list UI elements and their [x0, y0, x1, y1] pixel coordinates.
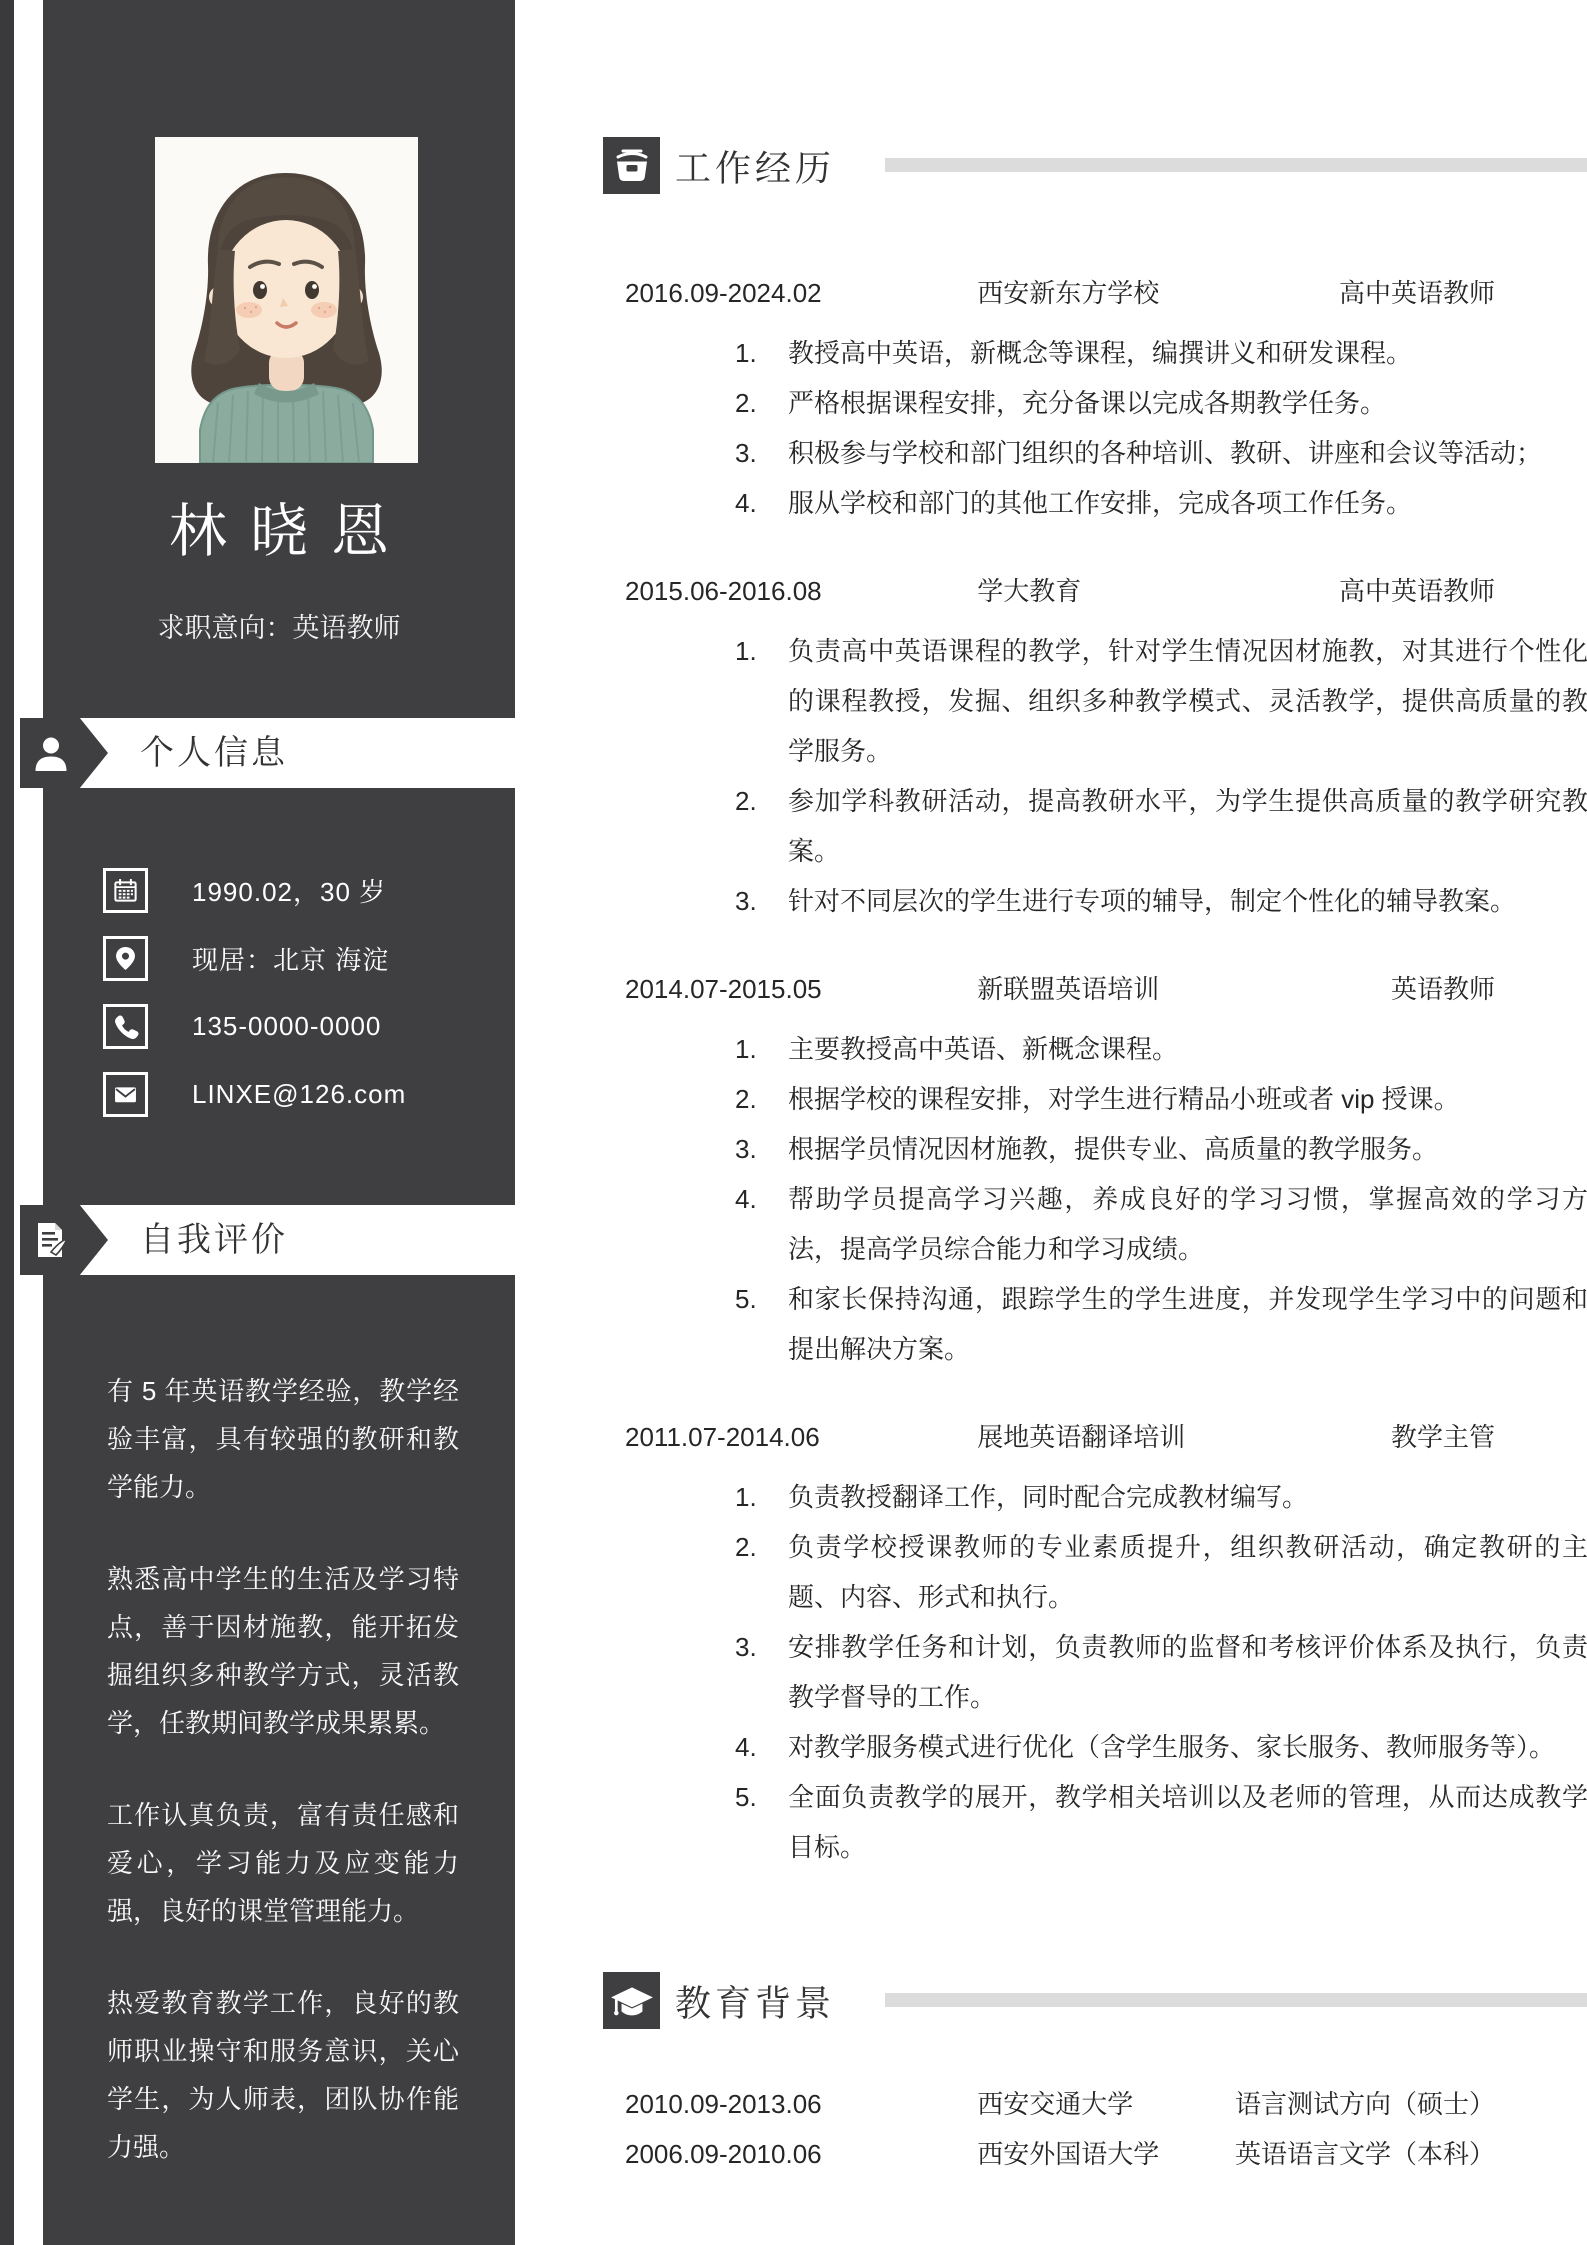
work-entry-header: 2011.07-2014.06 展地英语翻译培训 教学主管 — [625, 1422, 1495, 1452]
education-period: 2006.09-2010.06 — [625, 2129, 970, 2179]
education-period: 2010.09-2013.06 — [625, 2079, 970, 2129]
duty-item: 针对不同层次的学生进行专项的辅导，制定个性化的辅导教案。 — [735, 876, 1587, 926]
section-arrow-tab — [20, 1205, 108, 1275]
work-section-title: 工作经历 — [675, 140, 835, 191]
duty-text: 严格根据课程安排，充分备课以完成各期教学任务。 — [788, 388, 1386, 418]
duty-item: 主要教授高中英语、新概念课程。 — [735, 1024, 1587, 1074]
entry-organization: 学大教育 — [977, 576, 1081, 606]
personal-info-icon — [103, 868, 148, 913]
resume-page: 林晓恩 求职意向：英语教师 — [0, 0, 1587, 2245]
location-icon — [112, 945, 139, 972]
duty-list: 负责教授翻译工作，同时配合完成教材编写。 负责学校授课教师的专业素质提升，组织教… — [735, 1472, 1587, 1872]
duty-item: 负责学校授课教师的专业素质提升，组织教研活动，确定教研的主题、内容、形式和执行。 — [735, 1522, 1587, 1622]
job-objective: 求职意向：英语教师 — [43, 610, 515, 646]
duty-item: 安排教学任务和计划，负责教师的监督和考核评价体系及执行，负责教学督导的工作。 — [735, 1622, 1587, 1722]
education-row: 2010.09-2013.06 西安交通大学 语言测试方向（硕士） — [625, 2079, 1495, 2129]
duty-text: 积极参与学校和部门组织的各种培训、教研、讲座和会议等活动； — [788, 438, 1542, 468]
duty-text: 负责高中英语课程的教学，针对学生情况因材施教，对其进行个性化的课程教授，发掘、组… — [788, 636, 1587, 766]
entry-organization: 展地英语翻译培训 — [977, 1422, 1185, 1452]
personal-info-value: 现居：北京 海淀 — [192, 940, 389, 977]
duty-item: 服从学校和部门的其他工作安排，完成各项工作任务。 — [735, 478, 1587, 528]
entry-organization: 西安新东方学校 — [977, 278, 1159, 308]
work-section-header: 工作经历 — [603, 137, 1587, 194]
personal-info-row: 1990.02，30 岁 — [103, 868, 406, 913]
self-evaluation-paragraph: 工作认真负责，富有责任感和爱心，学习能力及应变能力强，良好的课堂管理能力。 — [107, 1791, 459, 1935]
entry-period: 2014.07-2015.05 — [625, 974, 970, 1004]
calendar-icon — [112, 877, 139, 904]
duty-text: 负责教授翻译工作，同时配合完成教材编写。 — [788, 1482, 1308, 1512]
self-evaluation-paragraph: 熟悉高中学生的生活及学习特点，善于因材施教，能开拓发掘组织多种教学方式，灵活教学… — [107, 1555, 459, 1747]
section-divider-bar — [885, 158, 1587, 172]
personal-info-row: LINXE@126.com — [103, 1072, 406, 1117]
main-column: 工作经历 2016.09-2024.02 西安新东方学校 高中英语教师 教授高中… — [515, 0, 1587, 2179]
duty-item: 根据学校的课程安排，对学生进行精品小班或者 vip 授课。 — [735, 1074, 1587, 1124]
duty-text: 全面负责教学的展开，教学相关培训以及老师的管理，从而达成教学目标。 — [788, 1782, 1587, 1862]
duty-text: 负责学校授课教师的专业素质提升，组织教研活动，确定教研的主题、内容、形式和执行。 — [788, 1532, 1587, 1612]
sidebar: 林晓恩 求职意向：英语教师 — [43, 0, 515, 2245]
email-icon — [112, 1081, 139, 1108]
duty-item: 全面负责教学的展开，教学相关培训以及老师的管理，从而达成教学目标。 — [735, 1772, 1587, 1872]
education-row: 2006.09-2010.06 西安外国语大学 英语语言文学（本科） — [625, 2129, 1495, 2179]
duty-item: 严格根据课程安排，充分备课以完成各期教学任务。 — [735, 378, 1587, 428]
education-section-header: 教育背景 — [603, 1972, 1587, 2029]
personal-info-list: 1990.02，30 岁 — [103, 868, 406, 1140]
entry-period: 2011.07-2014.06 — [625, 1422, 970, 1452]
education-major: 语言测试方向（硕士） — [1235, 2079, 1495, 2129]
duty-text: 主要教授高中英语、新概念课程。 — [788, 1034, 1178, 1064]
work-entry-header: 2015.06-2016.08 学大教育 高中英语教师 — [625, 576, 1495, 606]
entry-role: 英语教师 — [1391, 974, 1495, 1004]
duty-text: 参加学科教研活动，提高教研水平，为学生提供高质量的教学研究教案。 — [788, 786, 1587, 866]
education-school: 西安交通大学 — [977, 2089, 1133, 2119]
duty-item: 参加学科教研活动，提高教研水平，为学生提供高质量的教学研究教案。 — [735, 776, 1587, 876]
personal-info-icon — [103, 1072, 148, 1117]
work-entry-header: 2014.07-2015.05 新联盟英语培训 英语教师 — [625, 974, 1495, 1004]
duty-text: 根据学校的课程安排，对学生进行精品小班或者 vip 授课。 — [788, 1084, 1460, 1114]
duty-item: 根据学员情况因材施教，提供专业、高质量的教学服务。 — [735, 1124, 1587, 1174]
duty-text: 对教学服务模式进行优化（含学生服务、家长服务、教师服务等）。 — [788, 1732, 1555, 1762]
entry-role: 高中英语教师 — [1339, 576, 1495, 606]
personal-info-value: 135-0000-0000 — [192, 1011, 381, 1042]
entry-role: 教学主管 — [1391, 1422, 1495, 1452]
duty-text: 教授高中英语，新概念等课程，编撰讲义和研发课程。 — [788, 338, 1412, 368]
work-entry: 2014.07-2015.05 新联盟英语培训 英语教师 主要教授高中英语、新概… — [625, 974, 1495, 1374]
avatar-illustration — [155, 137, 418, 463]
personal-info-icon — [103, 936, 148, 981]
section-divider-bar — [885, 1993, 1587, 2007]
education-major: 英语语言文学（本科） — [1235, 2129, 1495, 2179]
left-accent-strip — [0, 0, 14, 2245]
education-section-title: 教育背景 — [675, 1975, 835, 2026]
duty-list: 主要教授高中英语、新概念课程。 根据学校的课程安排，对学生进行精品小班或者 vi… — [735, 1024, 1587, 1374]
duty-item: 帮助学员提高学习兴趣，养成良好的学习习惯，掌握高效的学习方法，提高学员综合能力和… — [735, 1174, 1587, 1274]
self-evaluation-text: 有 5 年英语教学经验，教学经验丰富，具有较强的教研和教学能力。 熟悉高中学生的… — [107, 1367, 459, 2215]
duty-item: 积极参与学校和部门组织的各种培训、教研、讲座和会议等活动； — [735, 428, 1587, 478]
self-evaluation-paragraph: 有 5 年英语教学经验，教学经验丰富，具有较强的教研和教学能力。 — [107, 1367, 459, 1511]
entry-role: 高中英语教师 — [1339, 278, 1495, 308]
work-entry: 2011.07-2014.06 展地英语翻译培训 教学主管 负责教授翻译工作，同… — [625, 1422, 1495, 1872]
personal-info-icon — [103, 1004, 148, 1049]
duty-list: 教授高中英语，新概念等课程，编撰讲义和研发课程。 严格根据课程安排，充分备课以完… — [735, 328, 1587, 528]
section-arrow-tab — [20, 718, 108, 788]
personal-info-header: 个人信息 — [14, 718, 515, 788]
entry-period: 2015.06-2016.08 — [625, 576, 970, 606]
duty-item: 和家长保持沟通，跟踪学生的学生进度，并发现学生学习中的问题和提出解决方案。 — [735, 1274, 1587, 1374]
candidate-name: 林晓恩 — [43, 492, 515, 572]
personal-info-row: 现居：北京 海淀 — [103, 936, 406, 981]
duty-text: 根据学员情况因材施教，提供专业、高质量的教学服务。 — [788, 1134, 1438, 1164]
self-evaluation-paragraph: 热爱教育教学工作，良好的教师职业操守和服务意识，关心学生，为人师表，团队协作能力… — [107, 1979, 459, 2171]
phone-icon — [112, 1013, 139, 1040]
work-entry: 2015.06-2016.08 学大教育 高中英语教师 负责高中英语课程的教学，… — [625, 576, 1495, 926]
duty-list: 负责高中英语课程的教学，针对学生情况因材施教，对其进行个性化的课程教授，发掘、组… — [735, 626, 1587, 926]
graduation-cap-icon — [603, 1972, 660, 2029]
user-icon — [30, 733, 72, 773]
duty-text: 针对不同层次的学生进行专项的辅导，制定个性化的辅导教案。 — [788, 886, 1516, 916]
duty-text: 服从学校和部门的其他工作安排，完成各项工作任务。 — [788, 488, 1412, 518]
work-entry: 2016.09-2024.02 西安新东方学校 高中英语教师 教授高中英语，新概… — [625, 278, 1495, 528]
work-entry-header: 2016.09-2024.02 西安新东方学校 高中英语教师 — [625, 278, 1495, 308]
duty-text: 和家长保持沟通，跟踪学生的学生进度，并发现学生学习中的问题和提出解决方案。 — [788, 1284, 1587, 1364]
personal-info-value: 1990.02，30 岁 — [192, 872, 386, 909]
archive-box-icon — [603, 137, 660, 194]
duty-item: 负责高中英语课程的教学，针对学生情况因材施教，对其进行个性化的课程教授，发掘、组… — [735, 626, 1587, 776]
work-entries: 2016.09-2024.02 西安新东方学校 高中英语教师 教授高中英语，新概… — [515, 278, 1587, 1872]
duty-item: 对教学服务模式进行优化（含学生服务、家长服务、教师服务等）。 — [735, 1722, 1587, 1772]
self-evaluation-title: 自我评价 — [140, 1205, 288, 1275]
document-pen-icon — [30, 1220, 72, 1260]
entry-organization: 新联盟英语培训 — [977, 974, 1159, 1004]
education-school: 西安外国语大学 — [977, 2139, 1159, 2169]
personal-info-row: 135-0000-0000 — [103, 1004, 406, 1049]
entry-period: 2016.09-2024.02 — [625, 278, 970, 308]
personal-info-value: LINXE@126.com — [192, 1079, 406, 1110]
duty-text: 帮助学员提高学习兴趣，养成良好的学习习惯，掌握高效的学习方法，提高学员综合能力和… — [788, 1184, 1587, 1264]
duty-item: 教授高中英语，新概念等课程，编撰讲义和研发课程。 — [735, 328, 1587, 378]
personal-info-title: 个人信息 — [140, 718, 288, 788]
profile-photo — [155, 137, 418, 463]
self-evaluation-header: 自我评价 — [14, 1205, 515, 1275]
duty-item: 负责教授翻译工作，同时配合完成教材编写。 — [735, 1472, 1587, 1522]
duty-text: 安排教学任务和计划，负责教师的监督和考核评价体系及执行，负责教学督导的工作。 — [788, 1632, 1587, 1712]
education-entries: 2010.09-2013.06 西安交通大学 语言测试方向（硕士） 2006.0… — [515, 2079, 1587, 2179]
